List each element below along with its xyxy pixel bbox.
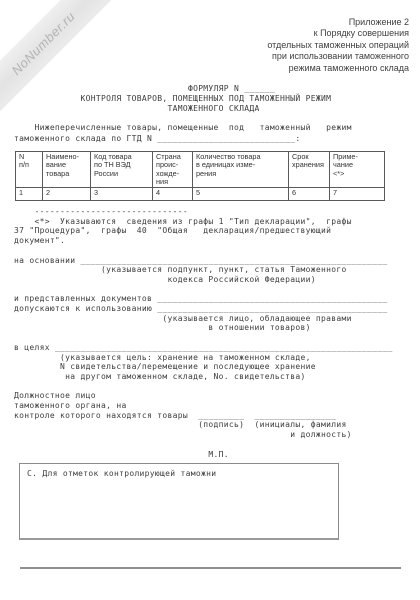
col-header-note: Приме- чание <*> — [330, 152, 385, 188]
col-header-country: Страна проис- хожде- ния — [153, 152, 193, 188]
table-header-row: N п/п Наимено- вание товара Код товара п… — [16, 152, 385, 188]
table-numbers-row: 1 2 3 4 5 6 7 — [16, 188, 385, 201]
col-number-1: 1 — [16, 188, 43, 201]
col-number-4: 4 — [153, 188, 193, 201]
goods-table: N п/п Наимено- вание товара Код товара п… — [15, 151, 385, 201]
col-header-name: Наимено- вание товара — [43, 152, 91, 188]
footer-divider — [20, 567, 401, 569]
watermark-text: NoNumber.ru — [8, 8, 77, 77]
col-header-code: Код товара по ТН ВЭД России — [91, 152, 153, 188]
col-header-quantity: Количество товара в единицах изме- рения — [193, 152, 289, 188]
control-marks-box: С. Для отметок контролирующей таможни — [19, 463, 339, 540]
col-number-5: 5 — [193, 188, 289, 201]
col-number-7: 7 — [330, 188, 385, 201]
intro-paragraph: Нижеперечисленные товары, помещенные под… — [14, 123, 352, 144]
col-number-2: 2 — [43, 188, 91, 201]
col-number-3: 3 — [91, 188, 153, 201]
document-page: NoNumber.ru Приложение 2 к Порядку совер… — [0, 0, 420, 600]
appendix-note: Приложение 2 к Порядку совершения отдель… — [267, 17, 409, 74]
col-number-6: 6 — [289, 188, 330, 201]
col-header-number: N п/п — [16, 152, 43, 188]
control-box-label: С. Для отметок контролирующей таможни — [20, 464, 338, 478]
col-header-storage-term: Срок хранения — [289, 152, 330, 188]
form-title: ФОРМУЛЯР N ______ КОНТРОЛЯ ТОВАРОВ, ПОМЕ… — [14, 84, 331, 114]
form-body-text: ------------------------------ <*> Указы… — [14, 207, 393, 459]
